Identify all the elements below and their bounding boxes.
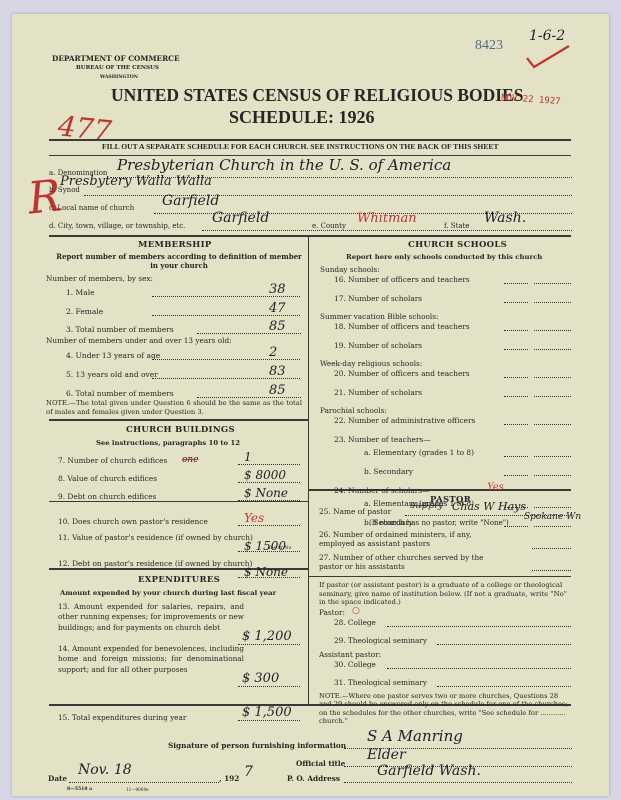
state-value[interactable]: Wash.: [484, 210, 526, 226]
form-number: 8—5518 a: [67, 787, 92, 792]
building-label: 7. Number of church edifices: [58, 456, 258, 466]
struck-value: one: [182, 455, 199, 465]
signature-label: Signature of person furnishing informati…: [168, 741, 346, 750]
pastor-note: NOTE.—Where one pastor serves two or mor…: [319, 692, 569, 725]
expenditure-line: [238, 720, 300, 721]
state-label: f. State: [444, 222, 470, 230]
membership-value[interactable]: 38: [269, 282, 286, 297]
schools-title: CHURCH SCHOOLS: [408, 240, 507, 250]
schools-subtitle: Report here only schools conducted by th…: [346, 253, 542, 261]
department-label: DEPARTMENT OF COMMERCE: [52, 54, 180, 63]
expenditure-label: 15. Total expenditures during year: [58, 713, 244, 723]
school-input[interactable]: [534, 456, 571, 457]
school-group-heading: Week-day religious schools:: [320, 359, 422, 368]
membership-title: MEMBERSHIP: [138, 240, 212, 250]
school-line: [504, 456, 528, 457]
school-input[interactable]: [534, 330, 571, 331]
membership-subtitle: Report number of members according to de…: [54, 252, 304, 270]
school-item-label: 16. Number of officers and teachers: [334, 275, 470, 284]
red-letter-mark: R: [25, 170, 63, 224]
expenditure-value[interactable]: $ 300: [242, 671, 279, 686]
school-input[interactable]: [534, 349, 571, 350]
census-schedule-page: DEPARTMENT OF COMMERCE BUREAU OF THE CEN…: [12, 14, 609, 796]
school-line: [504, 526, 528, 527]
q25-label: 25. Name of pastor: [319, 507, 391, 516]
school-item-label: a. Elementary (grades 1 to 8): [364, 499, 474, 508]
county-label: e. County: [312, 222, 346, 230]
school-group-heading: Summer vacation Bible schools:: [320, 312, 438, 321]
divider: [49, 235, 571, 237]
school-item-label: 22. Number of administrative officers: [334, 416, 475, 425]
date-value[interactable]: Nov. 18: [78, 762, 132, 778]
membership-line: [152, 359, 300, 360]
q27-label: 27. Number of other churches served by t…: [319, 553, 509, 571]
official-title-label: Official title: [296, 759, 345, 768]
expenditures-subtitle: Amount expended by your church during la…: [60, 589, 276, 597]
school-item-label: 20. Number of officers and teachers: [334, 369, 470, 378]
school-item-label: 21. Number of scholars: [334, 388, 422, 397]
date-label: Date: [48, 774, 67, 783]
date-line: [69, 782, 219, 783]
school-item-label: 18. Number of officers and teachers: [334, 322, 470, 331]
school-input[interactable]: [534, 475, 571, 476]
graduate-input[interactable]: [387, 626, 571, 627]
graduate-label: Assistant pastor:: [319, 650, 381, 659]
school-input[interactable]: [534, 396, 571, 397]
school-line: [504, 349, 528, 350]
membership-label: 6. Total number of members: [66, 389, 174, 398]
school-input[interactable]: [534, 424, 571, 425]
print-number: 11—9064e: [126, 787, 149, 792]
building-line: [238, 525, 300, 526]
address-value[interactable]: Garfield Wash.: [377, 763, 481, 779]
graduate-input[interactable]: [387, 668, 571, 669]
membership-label: 5. 13 years old and over: [66, 370, 158, 379]
year-prefix: , 192: [219, 774, 239, 783]
building-label: 8. Value of church edifices: [58, 474, 258, 484]
school-group-heading: Sunday schools:: [320, 265, 380, 274]
city-label: d. City, town, village, or township, etc…: [49, 222, 185, 230]
city-value[interactable]: Garfield: [212, 210, 269, 226]
synod-line: [84, 195, 572, 196]
school-item-label: a. Elementary (grades 1 to 8): [364, 448, 474, 457]
school-line: [504, 507, 528, 508]
graduate-input[interactable]: [437, 644, 571, 645]
building-value[interactable]: 1: [244, 450, 252, 464]
school-line: [504, 302, 528, 303]
building-label: 12. Debt on pastor's residence (if owned…: [58, 559, 258, 569]
circle-mark-icon: ○: [352, 606, 360, 616]
signature-value[interactable]: S A Manring: [367, 727, 463, 745]
school-input[interactable]: [534, 526, 571, 527]
form-title: UNITED STATES CENSUS OF RELIGIOUS BODIES: [111, 85, 524, 106]
school-line: [504, 283, 528, 284]
year-suffix[interactable]: 7: [244, 764, 253, 780]
schedule-title: SCHEDULE: 1926: [229, 107, 375, 128]
q25-annotation: Yes: [487, 482, 504, 493]
graduate-note: If pastor (or assistant pastor) is a gra…: [319, 581, 569, 607]
membership-value[interactable]: 85: [269, 319, 286, 334]
expenditures-title: EXPENDITURES: [138, 575, 220, 585]
school-item-label: b. Secondary: [364, 518, 413, 527]
school-input[interactable]: [534, 302, 571, 303]
graduate-label: 31. Theological seminary: [334, 678, 427, 687]
building-value[interactable]: Yes: [244, 511, 264, 525]
school-item-label: b. Secondary: [364, 467, 413, 476]
school-line: [504, 330, 528, 331]
q26-label: 26. Number of ordained ministers, if any…: [319, 530, 509, 548]
local-name-value[interactable]: Garfield: [162, 193, 219, 209]
school-item-label: 17. Number of scholars: [334, 294, 422, 303]
membership-label: 3. Total number of members: [66, 325, 174, 334]
graduate-label: 29. Theological seminary: [334, 636, 427, 645]
checkmark-icon: [524, 42, 574, 72]
building-value[interactable]: $ None: [244, 565, 288, 579]
divider: [308, 576, 571, 577]
graduate-label: 30. College: [334, 660, 376, 669]
pastor-label: Pastor:: [319, 608, 345, 617]
city-line: [202, 230, 572, 231]
yes-no-hint: Yes or No: [268, 546, 291, 551]
building-line: [238, 482, 300, 483]
school-line: [504, 377, 528, 378]
school-item-label: 24. Number of scholars—: [334, 486, 430, 495]
membership-value[interactable]: 47: [269, 301, 286, 316]
graduate-label: 28. College: [334, 618, 376, 627]
membership-value[interactable]: 2: [269, 345, 277, 360]
address-line: [344, 782, 572, 783]
q25-extra: Spokane Wn: [524, 512, 581, 522]
school-input[interactable]: [534, 377, 571, 378]
divider: [49, 419, 308, 421]
local-name-label: c. Local name of church: [49, 204, 134, 212]
school-line: [504, 424, 528, 425]
synod-value[interactable]: Presbytery Walla Walla: [60, 174, 212, 189]
building-value[interactable]: $ None: [244, 486, 288, 500]
school-line: [504, 396, 528, 397]
membership-label: 1. Male: [66, 288, 95, 297]
expenditure-line: [238, 644, 300, 645]
school-item-label: 23. Number of teachers—: [334, 435, 431, 444]
membership-value[interactable]: 85: [269, 383, 286, 398]
school-input[interactable]: [534, 507, 571, 508]
q27-line[interactable]: [532, 570, 571, 571]
by-age-label: Number of members under and over 13 year…: [46, 336, 232, 345]
school-input[interactable]: [534, 283, 571, 284]
membership-note: NOTE.—The total given under Question 6 s…: [46, 399, 302, 417]
building-label: 10. Does church own pastor's residence: [58, 517, 258, 527]
instruction-line: FILL OUT A SEPARATE SCHEDULE FOR EACH CH…: [102, 142, 499, 151]
membership-value[interactable]: 83: [269, 364, 286, 379]
school-item-label: 19. Number of scholars: [334, 341, 422, 350]
expenditure-line: [238, 686, 300, 687]
bureau-label: BUREAU OF THE CENSUS: [76, 65, 159, 71]
membership-label: 2. Female: [66, 307, 103, 316]
school-line: [504, 475, 528, 476]
by-sex-label: Number of members, by sex:: [46, 274, 153, 283]
membership-label: 4. Under 13 years of age: [66, 351, 160, 360]
column-divider: [308, 235, 309, 704]
q26-line[interactable]: [532, 548, 571, 549]
building-line: [238, 500, 300, 501]
county-value[interactable]: Whitman: [357, 211, 417, 226]
address-label: P. O. Address: [287, 774, 340, 783]
expenditure-label: 13. Amount expended for salaries, repair…: [58, 602, 244, 633]
denomination-value[interactable]: Presbyterian Church in the U. S. of Amer…: [117, 156, 451, 174]
buildings-subtitle: See instructions, paragraphs 10 to 12: [96, 439, 240, 447]
city-label: WASHINGTON: [100, 75, 138, 80]
expenditure-label: 14. Amount expended for benevolences, in…: [58, 644, 244, 675]
expenditure-value[interactable]: $ 1,200: [242, 629, 292, 644]
building-label: 11. Value of pastor's residence (if owne…: [58, 533, 258, 543]
graduate-input[interactable]: [437, 686, 571, 687]
building-line: [238, 464, 300, 465]
official-title-value[interactable]: Elder: [367, 747, 406, 763]
file-number: 8423: [475, 38, 503, 54]
expenditure-value[interactable]: $ 1,500: [242, 705, 292, 720]
buildings-title: CHURCH BUILDINGS: [126, 425, 235, 435]
divider: [49, 139, 571, 141]
building-value[interactable]: $ 8000: [244, 468, 286, 482]
school-group-heading: Parochial schools:: [320, 406, 387, 415]
building-label: 9. Debt on church edifices: [58, 492, 258, 502]
